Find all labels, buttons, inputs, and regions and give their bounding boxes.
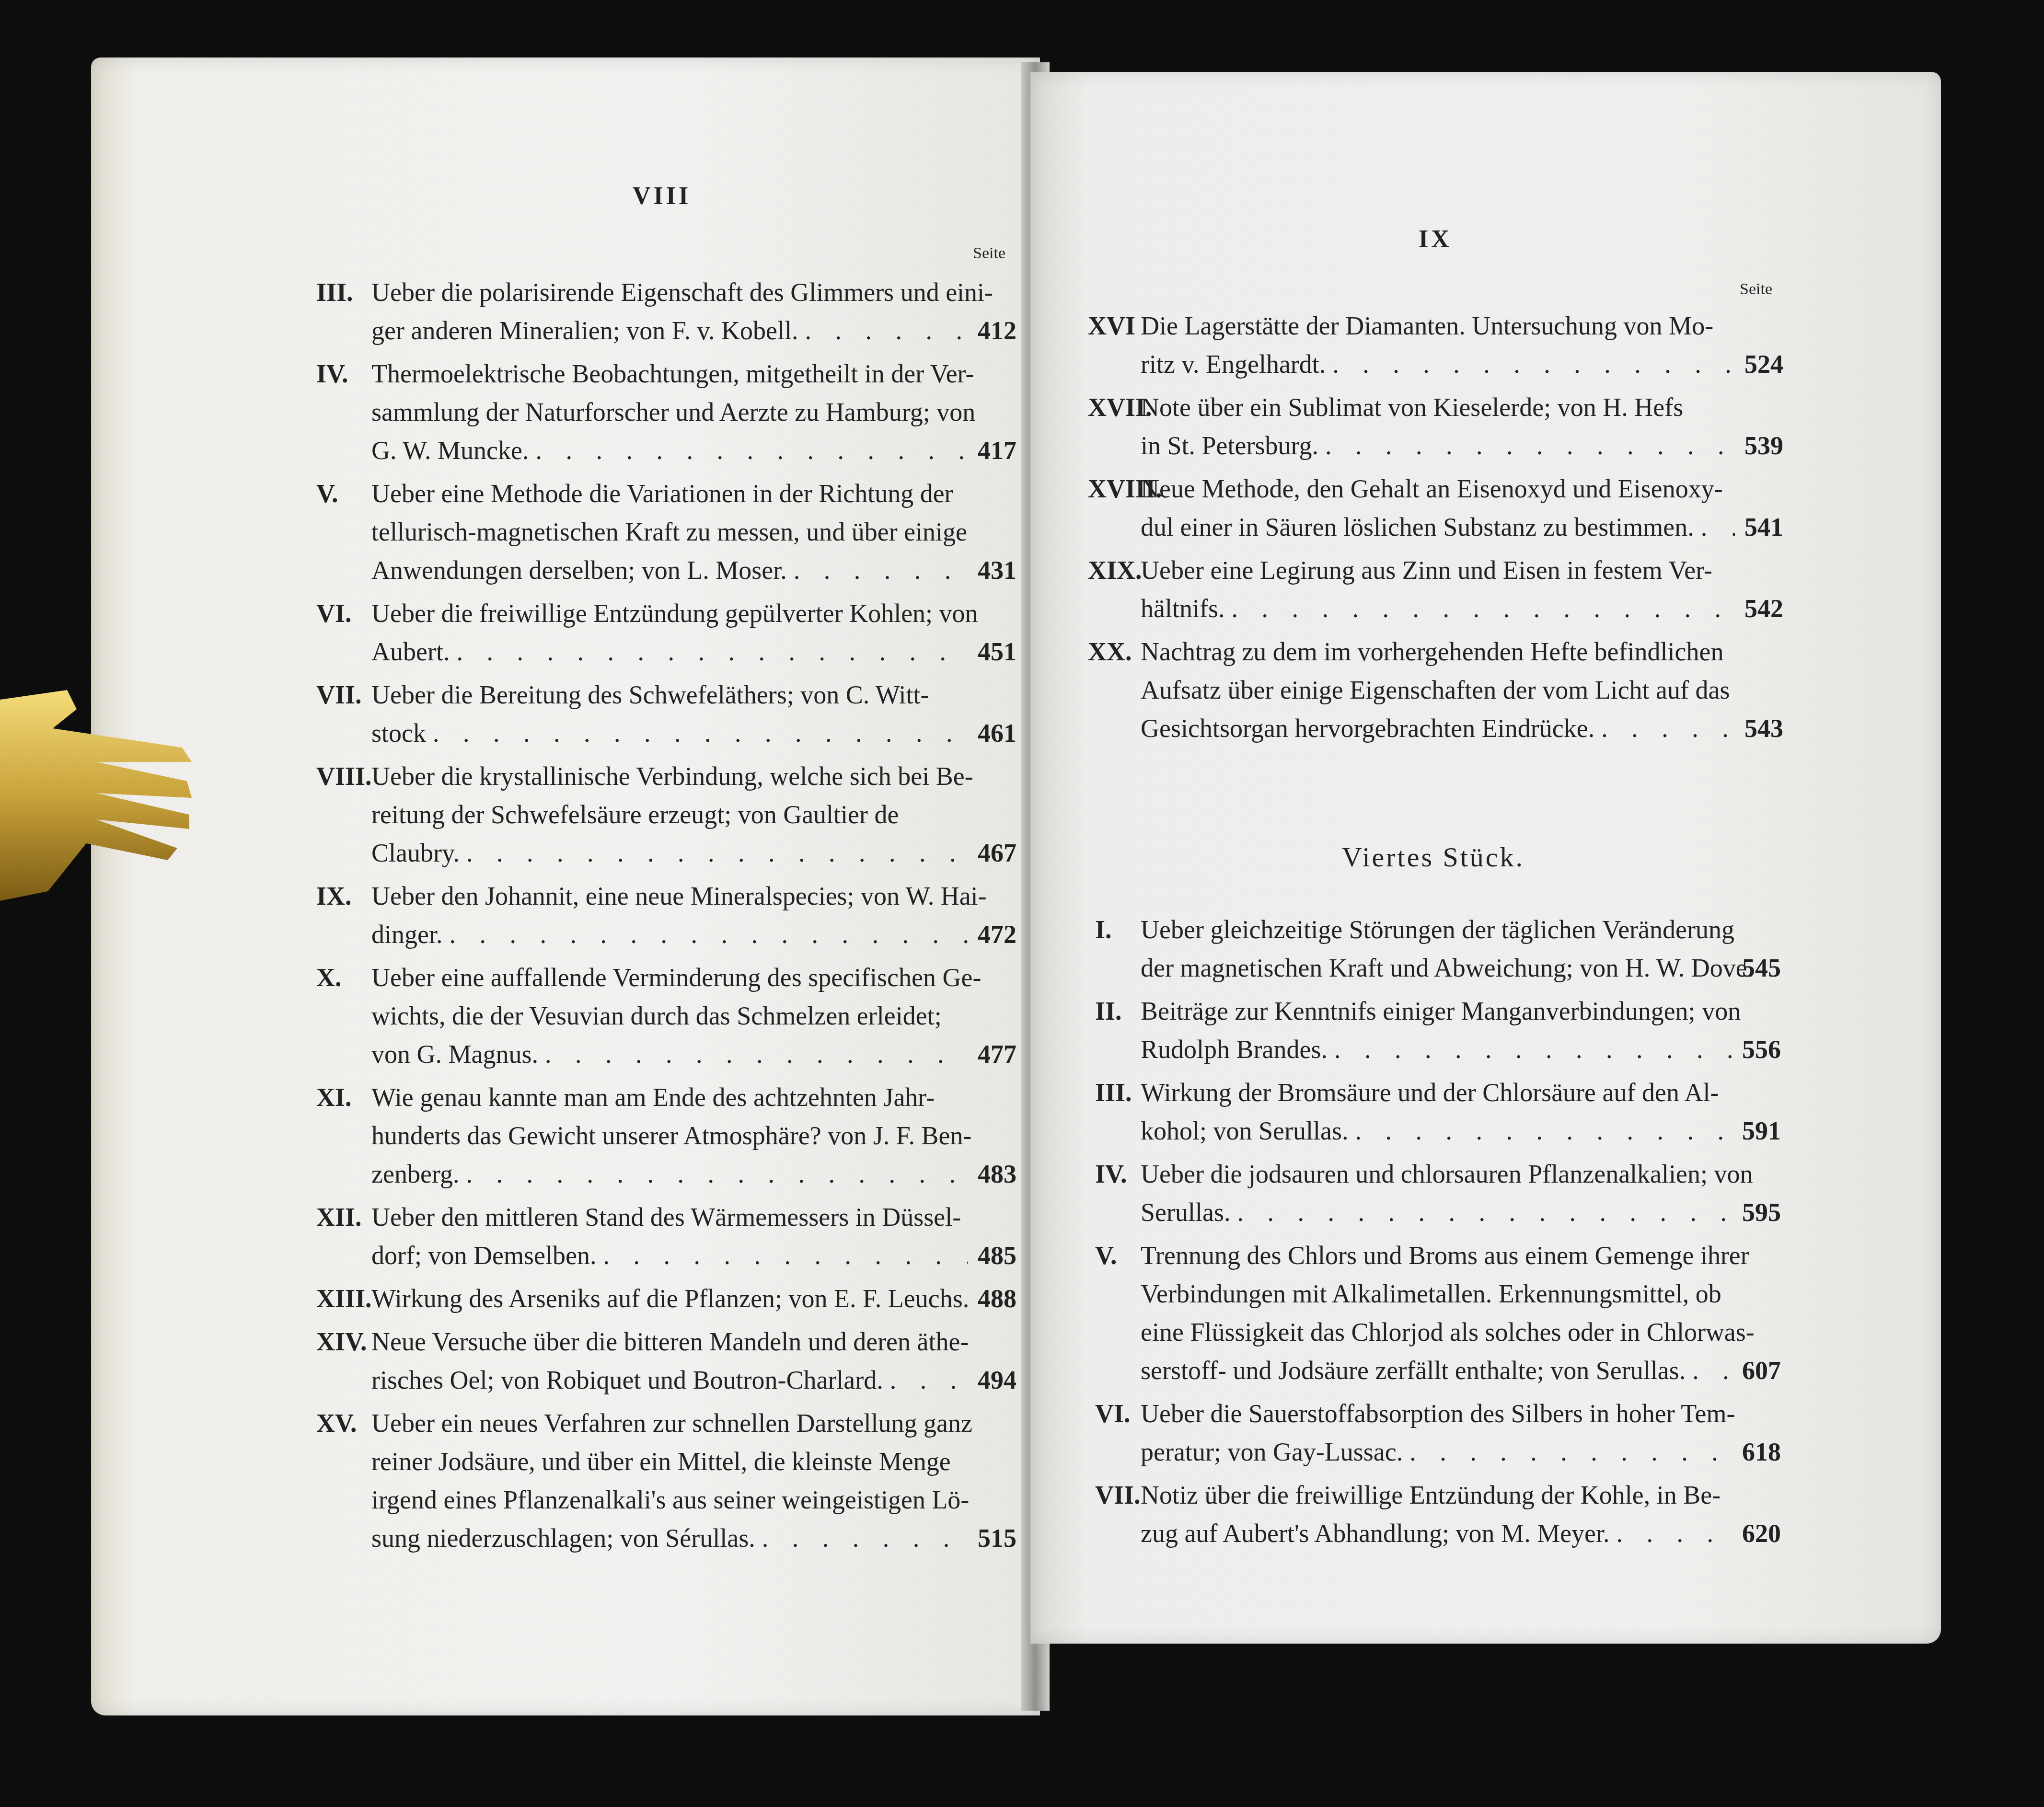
entry-title-line: der magnetischen Kraft und Abweichung; v… [1141, 949, 1754, 987]
entry-title-line: sung niederzuschlagen; von Sérullas. [371, 1519, 755, 1557]
entry-title-line: Ueber gleichzeitige Störungen der täglic… [1141, 910, 1734, 949]
entry-number: V. [1095, 1236, 1117, 1275]
entry-title-line: ger anderen Mineralien; von F. v. Kobell… [371, 311, 798, 350]
entry-title-line: Nachtrag zu dem im vorhergehenden Hefte … [1141, 633, 1724, 671]
entry-title-line: hunderts das Gewicht unserer Atmosphäre?… [371, 1116, 971, 1155]
entry-title-line: Verbindungen mit Alkalimetallen. Erkennu… [1141, 1275, 1721, 1313]
leader-dots: . . . . . . . . . . . . . . . . . . . . … [1326, 345, 1735, 383]
toc-entry: VI.Ueber die freiwillige Entzündung gepü… [316, 594, 1016, 671]
entry-title-line: eine Flüssigkeit das Chlorjod als solche… [1141, 1313, 1755, 1351]
entry-title-line: stock [371, 714, 426, 752]
entry-number: X. [316, 958, 342, 997]
entry-title-line: Ueber die Bereitung des Schwefeläthers; … [371, 676, 929, 714]
entry-title-line: sammlung der Naturforscher und Aerzte zu… [371, 393, 975, 431]
entry-title-line: von G. Magnus. [371, 1035, 538, 1073]
toc-entry: II.Beiträge zur Kenntnifs einiger Mangan… [1095, 992, 1790, 1069]
leader-dots: . . . . . . . . . . . . . . . . . . . . … [798, 311, 968, 350]
entry-title-line: zug auf Aubert's Abhandlung; von M. Meye… [1141, 1514, 1610, 1553]
entry-page-ref: 483 [978, 1155, 1016, 1193]
entry-title-line: Wirkung des Arseniks auf die Pflanzen; v… [371, 1279, 969, 1318]
page-number-left: VIII [633, 182, 691, 210]
entry-page-ref: 488 [978, 1279, 1016, 1318]
entry-title-line: Ueber die krystallinische Verbindung, we… [371, 757, 973, 795]
entry-title-line: Die Lagerstätte der Diamanten. Untersuch… [1141, 307, 1713, 345]
leader-dots: . . . . . . . . . . . . . . . . . . . . … [460, 834, 968, 872]
leader-dots: . . . . . . . . . . . . . . . . . . . . … [1230, 1193, 1732, 1232]
entry-title-line: peratur; von Gay-Lussac. [1141, 1433, 1403, 1471]
entry-title-line: dul einer in Säuren löslichen Substanz z… [1141, 508, 1694, 546]
entry-number: III. [1095, 1073, 1132, 1112]
entry-title-line: Wie genau kannte man am Ende des achtzeh… [371, 1078, 935, 1116]
entry-title-line: tellurisch-magnetischen Kraft zu messen,… [371, 513, 967, 551]
entry-page-ref: 431 [978, 551, 1016, 589]
leader-dots: . . . . . . . . . . . . . . . . . . . . … [1403, 1433, 1732, 1471]
entry-number: IV. [1095, 1155, 1127, 1193]
entry-title-line: hältnifs. [1141, 589, 1224, 628]
leader-dots: . . . . . . . . . . . . . . . . . . . . … [1694, 508, 1735, 546]
entry-title-line: dorf; von Demselben. [371, 1236, 596, 1275]
toc-entry: VII.Notiz über die freiwillige Entzündun… [1095, 1476, 1790, 1553]
entry-page-ref: 451 [978, 633, 1016, 671]
leader-dots: . . . . . . . . . . . . . . . . . . . . … [1594, 709, 1735, 748]
leader-dots: . . . . . . . . . . . . . . . . . . . . … [787, 551, 968, 589]
entry-title-line: Ueber ein neues Verfahren zur schnellen … [371, 1404, 972, 1442]
toc-entry: XVIDie Lagerstätte der Diamanten. Unters… [1088, 307, 1788, 383]
entry-title-line: reitung der Schwefelsäure erzeugt; von G… [371, 795, 899, 834]
entry-title-line: Ueber die polarisirende Eigenschaft des … [371, 273, 993, 311]
entry-page-ref: 618 [1742, 1433, 1781, 1471]
entry-page-ref: 542 [1744, 589, 1783, 628]
toc-entry: XVII.Note über ein Sublimat von Kieseler… [1088, 388, 1788, 465]
leader-dots: . . . . . . . . . . . . . . . . . . . . … [1348, 1112, 1732, 1150]
entry-number: II. [1095, 992, 1122, 1030]
leader-dots: . . . . . . . . . . . . . . . . . . . . … [755, 1519, 968, 1557]
entry-number: XII. [316, 1198, 362, 1236]
toc-entry: III.Wirkung der Bromsäure und der Chlors… [1095, 1073, 1790, 1150]
entry-page-ref: 539 [1744, 426, 1783, 465]
entry-page-ref: 477 [978, 1035, 1016, 1073]
toc-entry: XV.Ueber ein neues Verfahren zur schnell… [316, 1404, 1016, 1557]
entry-title-line: ritz v. Engelhardt. [1141, 345, 1326, 383]
entry-page-ref: 545 [1742, 949, 1781, 987]
entry-title-line: wichts, die der Vesuvian durch das Schme… [371, 997, 942, 1035]
entry-number: III. [316, 273, 353, 311]
toc-entry: IV.Ueber die jodsauren und chlorsauren P… [1095, 1155, 1790, 1232]
entry-page-ref: 485 [978, 1236, 1016, 1275]
entry-page-ref: 412 [978, 311, 1016, 350]
entry-title-line: reiner Jodsäure, und über ein Mittel, di… [371, 1442, 951, 1481]
leader-dots: . . . . . . . . . . . . . . . . . . . . … [1610, 1514, 1732, 1553]
entry-title-line: G. W. Muncke. [371, 431, 529, 470]
column-header-right: Seite [1740, 280, 1772, 299]
entry-title-line: Thermoelektrische Beobachtungen, mitgeth… [371, 355, 974, 393]
entry-number: V. [316, 474, 338, 513]
entry-title-line: Ueber die Sauerstoffabsorption des Silbe… [1141, 1394, 1735, 1433]
entry-number: VIII. [316, 757, 372, 795]
entry-title-line: Beiträge zur Kenntnifs einiger Manganver… [1141, 992, 1741, 1030]
leader-dots: . . . . . . . . . . . . . . . . . . . . … [459, 1155, 968, 1193]
entry-page-ref: 543 [1744, 709, 1783, 748]
entry-title-line: Ueber die jodsauren und chlorsauren Pfla… [1141, 1155, 1753, 1193]
leader-dots: . . . . . . . . . . . . . . . . . . . . … [1328, 1030, 1732, 1069]
entry-page-ref: 467 [978, 834, 1016, 872]
leader-dots: . . . . . . . . . . . . . . . . . . . . … [426, 714, 968, 752]
entry-title-line: Ueber den Johannit, eine neue Mineralspe… [371, 877, 987, 915]
toc-entry: V.Ueber eine Methode die Variationen in … [316, 474, 1016, 589]
entry-title-line: risches Oel; von Robiquet und Boutron-Ch… [371, 1361, 883, 1399]
entry-title-line: Serullas. [1141, 1193, 1230, 1232]
entry-number: VII. [316, 676, 362, 714]
entry-number: VI. [1095, 1394, 1131, 1433]
toc-entry: XVIII.Neue Methode, den Gehalt an Eiseno… [1088, 470, 1788, 546]
toc-entry: I.Ueber gleichzeitige Störungen der tägl… [1095, 910, 1790, 987]
toc-entry: XIX.Ueber eine Legirung aus Zinn und Eis… [1088, 551, 1788, 628]
toc-entry: VI.Ueber die Sauerstoffabsorption des Si… [1095, 1394, 1790, 1471]
entry-title-line: Trennung des Chlors und Broms aus einem … [1141, 1236, 1749, 1275]
entry-title-line: Notiz über die freiwillige Entzündung de… [1141, 1476, 1721, 1514]
entry-number: XIX. [1088, 551, 1142, 589]
entry-title-line: Gesichtsorgan hervorgebrachten Eindrücke… [1141, 709, 1594, 748]
column-header-left: Seite [973, 244, 1005, 263]
entry-page-ref: 494 [978, 1361, 1016, 1399]
entry-title-line: Aufsatz über einige Eigenschaften der vo… [1141, 671, 1730, 709]
leader-dots: . . . . . . . . . . . . . . . . . . . . … [442, 915, 968, 954]
entry-title-line: Ueber den mittleren Stand des Wärmemesse… [371, 1198, 961, 1236]
entry-title-line: kohol; von Serullas. [1141, 1112, 1348, 1150]
entry-page-ref: 524 [1744, 345, 1783, 383]
entry-title-line: Ueber eine Legirung aus Zinn und Eisen i… [1141, 551, 1712, 589]
entry-title-line: Claubry. [371, 834, 460, 872]
toc-entry: XII.Ueber den mittleren Stand des Wärmem… [316, 1198, 1016, 1275]
leader-dots: . . . . . . . . . . . . . . . . . . . . … [596, 1236, 968, 1275]
leader-dots: . . . . . . . . . . . . . . . . . . . . … [1224, 589, 1735, 628]
entry-number: VII. [1095, 1476, 1141, 1514]
entry-title-line: Ueber eine auffallende Verminderung des … [371, 958, 981, 997]
entry-title-line: Neue Versuche über die bitteren Mandeln … [371, 1323, 969, 1361]
entry-title-line: Wirkung der Bromsäure und der Chlorsäure… [1141, 1073, 1719, 1112]
entry-title-line: Anwendungen derselben; von L. Moser. [371, 551, 787, 589]
entry-number: XX. [1088, 633, 1132, 671]
entry-page-ref: 591 [1742, 1112, 1781, 1150]
entry-number: XV. [316, 1404, 357, 1442]
toc-entry: XIII.Wirkung des Arseniks auf die Pflanz… [316, 1279, 1016, 1318]
entry-title-line: Ueber die freiwillige Entzündung gepülve… [371, 594, 978, 633]
entry-page-ref: 541 [1744, 508, 1783, 546]
entry-page-ref: 556 [1742, 1030, 1781, 1069]
toc-entry: V.Trennung des Chlors und Broms aus eine… [1095, 1236, 1790, 1390]
toc-entry: XX.Nachtrag zu dem im vorhergehenden Hef… [1088, 633, 1788, 748]
leader-dots: . . . . . . . . . . . . . . . . . . . . … [538, 1035, 968, 1073]
entry-number: IX. [316, 877, 352, 915]
toc-entry: VIII.Ueber die krystallinische Verbindun… [316, 757, 1016, 872]
entry-title-line: in St. Petersburg. [1141, 426, 1318, 465]
entry-title-line: Neue Methode, den Gehalt an Eisenoxyd un… [1141, 470, 1723, 508]
leader-dots: . . . . . . . . . . . . . . . . . . . . … [969, 1279, 976, 1318]
leader-dots: . . . . . . . . . . . . . . . . . . . . … [883, 1361, 968, 1399]
brass-hand-page-holder-icon [0, 690, 201, 901]
entry-number: XI. [316, 1078, 352, 1116]
entry-title-line: Aubert. [371, 633, 450, 671]
leader-dots: . . . . . . . . . . . . . . . . . . . . … [450, 633, 968, 671]
entry-page-ref: 595 [1742, 1193, 1781, 1232]
entry-title-line: serstoff- und Jodsäure zerfällt enthalte… [1141, 1351, 1686, 1390]
entry-page-ref: 417 [978, 431, 1016, 470]
entry-page-ref: 472 [978, 915, 1016, 954]
entry-number: VI. [316, 594, 352, 633]
section-title: Viertes Stück. [1342, 841, 1524, 873]
toc-entry: IX.Ueber den Johannit, eine neue Mineral… [316, 877, 1016, 954]
entry-number: XVI [1088, 307, 1135, 345]
leader-dots: . . . . . . . . . . . . . . . . . . . . … [1686, 1351, 1732, 1390]
toc-entry: VII.Ueber die Bereitung des Schwefeläthe… [316, 676, 1016, 752]
entry-number: XIII. [316, 1279, 372, 1318]
entry-number: IV. [316, 355, 348, 393]
entry-number: I. [1095, 910, 1112, 949]
entry-title-line: Rudolph Brandes. [1141, 1030, 1328, 1069]
entry-number: XIV. [316, 1323, 367, 1361]
entry-page-ref: 607 [1742, 1351, 1781, 1390]
toc-entry: X.Ueber eine auffallende Verminderung de… [316, 958, 1016, 1073]
entry-page-ref: 620 [1742, 1514, 1781, 1553]
leader-dots: . . . . . . . . . . . . . . . . . . . . … [1318, 426, 1735, 465]
toc-entry: XI.Wie genau kannte man am Ende des acht… [316, 1078, 1016, 1193]
leader-dots: . . . . . . . . . . . . . . . . . . . . … [529, 431, 968, 470]
toc-entry: IV.Thermoelektrische Beobachtungen, mitg… [316, 355, 1016, 470]
page-number-right: IX [1419, 225, 1452, 253]
entry-title-line: Note über ein Sublimat von Kieselerde; v… [1141, 388, 1683, 426]
entry-title-line: Ueber eine Methode die Variationen in de… [371, 474, 953, 513]
entry-title-line: dinger. [371, 915, 442, 954]
entry-page-ref: 461 [978, 714, 1016, 752]
entry-title-line: irgend eines Pflanzenalkali's aus seiner… [371, 1481, 969, 1519]
toc-entry: XIV.Neue Versuche über die bitteren Mand… [316, 1323, 1016, 1399]
entry-page-ref: 515 [978, 1519, 1016, 1557]
entry-title-line: zenberg. [371, 1155, 459, 1193]
toc-entry: III.Ueber die polarisirende Eigenschaft … [316, 273, 1016, 350]
